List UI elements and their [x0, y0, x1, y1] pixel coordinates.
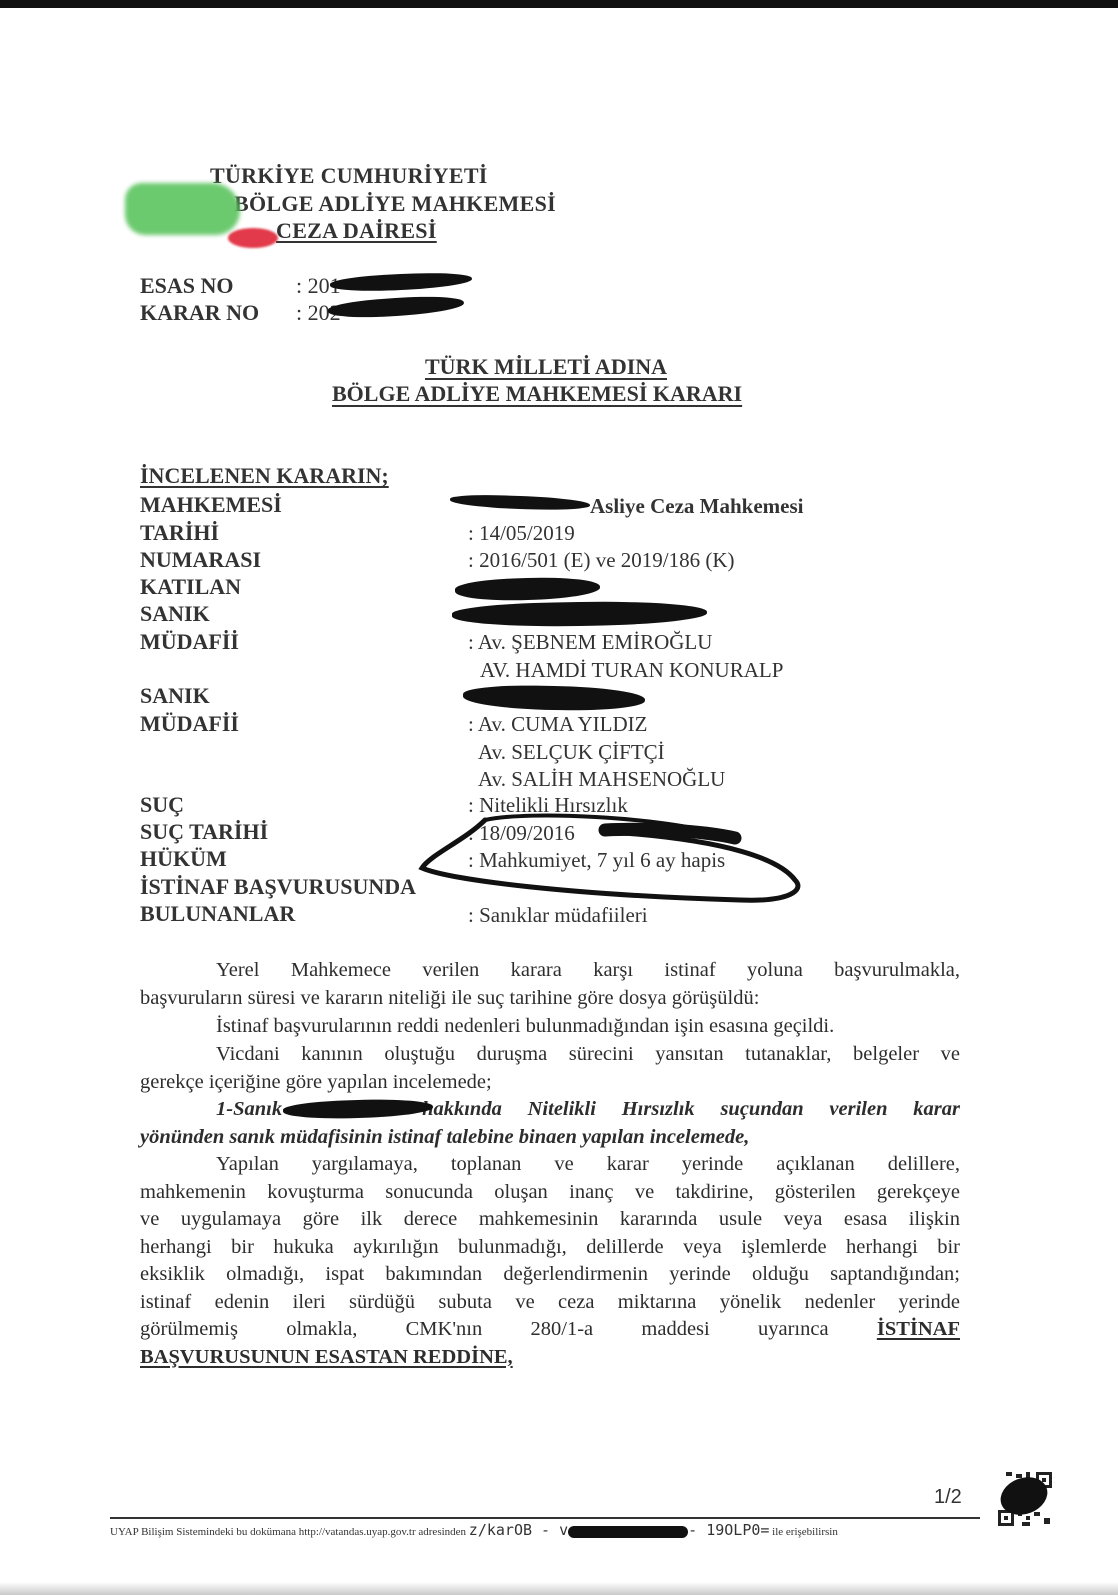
esas-no-label: ESAS NO [140, 273, 234, 299]
field-value-number: : 2016/501 (E) ve 2019/186 (K) [468, 548, 735, 573]
footer-code-end: - 19OLP0= [688, 1521, 769, 1539]
qr-code-icon [996, 1470, 1058, 1528]
redaction-participant [455, 575, 601, 602]
redaction-mark-red [228, 228, 278, 248]
paragraph-ruling-line-2: mahkemenin kovuşturma sonucunda oluşan i… [140, 1179, 960, 1207]
field-label-counsel-2: MÜDAFİİ [140, 711, 239, 737]
field-label-appellants-2: BULUNANLAR [140, 901, 295, 927]
footer-rule [110, 1517, 980, 1519]
paragraph-ruling-line-3: ve uygulamaya göre ilk derece mahkemesin… [140, 1206, 960, 1234]
paragraph-ruling-line-4: herhangi bir hukuka aykırılığın bulunmad… [140, 1234, 960, 1262]
paragraph-defendant-1: 1-Sanıkhakkında Nitelikli Hırsızlık suçu… [140, 1096, 960, 1151]
field-label-date: TARİHİ [140, 520, 219, 546]
paragraph-intro-line-2: başvuruların süresi ve kararın niteliği … [140, 985, 960, 1013]
paragraph-review-line-2: gerekçe içeriğine göre yapılan incelemed… [140, 1069, 960, 1097]
field-label-appellants-1: İSTİNAF BAŞVURUSUNDA [140, 874, 416, 900]
redaction-karar [328, 293, 465, 320]
footer-prefix: UYAP Bilişim Sistemindeki bu dokümana ht… [110, 1526, 466, 1538]
ruling-line-7-text: görülmemiş olmakla, CMK'nın 280/1-a madd… [140, 1318, 829, 1340]
field-value-counsel-2b: Av. SELÇUK ÇİFTÇİ [478, 740, 665, 765]
header-chamber: CEZA DAİRESİ [276, 218, 437, 244]
bottom-shadow [0, 1582, 1118, 1595]
paragraph-review-line-1: Vicdani kanının oluştuğu duruşma sürecin… [140, 1041, 960, 1069]
hand-drawn-ellipse-annotation [410, 800, 810, 920]
title-nation: TÜRK MİLLETİ ADINA [425, 354, 667, 380]
defendant-rest: hakkında Nitelikli Hırsızlık suçundan ve… [422, 1098, 960, 1120]
field-label-counsel-1: MÜDAFİİ [140, 629, 239, 655]
ruling-dismissal: BAŞVURUSUNUN ESASTAN REDDİNE, [140, 1344, 960, 1372]
reviewed-heading: İNCELENEN KARARIN; [140, 463, 389, 489]
paragraph-defendant-1-line-1: 1-Sanıkhakkında Nitelikli Hırsızlık suçu… [140, 1096, 960, 1124]
field-value-counsel-1b: AV. HAMDİ TURAN KONURALP [480, 658, 783, 683]
paragraph-ruling: Yapılan yargılamaya, toplanan ve karar y… [140, 1151, 960, 1371]
defendant-prefix: 1-Sanık [216, 1098, 282, 1120]
paragraph-review: Vicdani kanının oluştuğu duruşma sürecin… [140, 1041, 960, 1096]
paragraph-appeal-grounds-text: İstinaf başvurularının reddi nedenleri b… [140, 1013, 960, 1041]
header-court: BÖLGE ADLİYE MAHKEMESİ [234, 191, 556, 217]
footer-code-start: z/karOB - v [469, 1521, 568, 1539]
header-republic: TÜRKİYE CUMHURİYETİ [210, 163, 488, 189]
field-value-date: : 14/05/2019 [468, 521, 575, 546]
paragraph-appeal-grounds: İstinaf başvurularının reddi nedenleri b… [140, 1013, 960, 1041]
footer-suffix: ile erişebilirsin [772, 1526, 838, 1538]
redaction-footer-code [568, 1526, 688, 1538]
page-number: 1/2 [934, 1486, 962, 1509]
field-label-participant: KATILAN [140, 574, 241, 600]
field-label-defendant-2: SANIK [140, 683, 210, 709]
field-label-crime: SUÇ [140, 792, 184, 818]
paragraph-defendant-1-line-2: yönünden sanık müdafisinin istinaf taleb… [140, 1124, 960, 1152]
paragraph-ruling-line-1: Yapılan yargılamaya, toplanan ve karar y… [140, 1151, 960, 1179]
ruling-appeal-word: İSTİNAF [877, 1318, 960, 1340]
paragraph-ruling-line-6: istinaf edenin ileri sürdüğü subuta ve c… [140, 1289, 960, 1317]
field-label-number: NUMARASI [140, 547, 261, 573]
redaction-defendant-2 [463, 684, 645, 711]
field-label-crime-date: SUÇ TARİHİ [140, 819, 268, 845]
paragraph-ruling-line-7: görülmemiş olmakla, CMK'nın 280/1-a madd… [140, 1316, 960, 1344]
redaction-mark-green [125, 183, 240, 235]
paragraph-intro-line-1: Yerel Mahkemece verilen karara karşı ist… [140, 957, 960, 985]
footer-verification: UYAP Bilişim Sistemindeki bu dokümana ht… [110, 1521, 838, 1539]
paragraph-ruling-line-5: eksiklik olmadığı, ispat bakımından değe… [140, 1261, 960, 1289]
field-value-counsel-1a: : Av. ŞEBNEM EMİROĞLU [468, 630, 712, 655]
karar-no-label: KARAR NO [140, 300, 259, 326]
field-label-court: MAHKEMESİ [140, 492, 282, 518]
field-value-court: Asliye Ceza Mahkemesi [590, 494, 803, 519]
title-decision: BÖLGE ADLİYE MAHKEMESİ KARARI [332, 381, 742, 407]
top-border [0, 0, 1118, 8]
redaction-court [450, 494, 590, 512]
redaction-defendant-1 [452, 600, 707, 628]
field-label-defendant-1: SANIK [140, 601, 210, 627]
paragraph-intro: Yerel Mahkemece verilen karara karşı ist… [140, 957, 960, 1012]
field-label-verdict: HÜKÜM [140, 846, 227, 872]
field-value-counsel-2a: : Av. CUMA YILDIZ [468, 712, 647, 737]
field-value-counsel-2c: Av. SALİH MAHSENOĞLU [478, 767, 725, 792]
redaction-esas [330, 270, 473, 293]
